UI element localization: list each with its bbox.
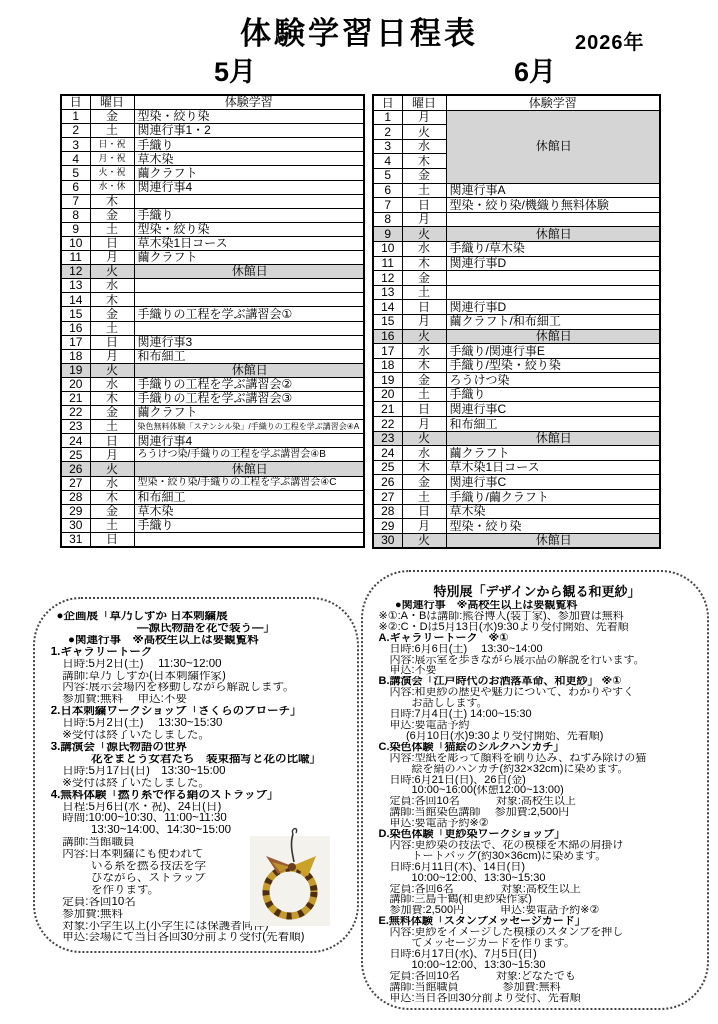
activity-cell: 関連行事D [446, 256, 660, 271]
weekday-cell: 木 [90, 293, 134, 307]
calendar-row: 11木関連行事D [373, 256, 660, 271]
calendar-row: 30火休館日 [373, 533, 660, 548]
panel-heading-line: 特別展「デザインから観る和更紗」 [373, 584, 701, 600]
panel-text-line: 講師:当館染色講師 参加費:2,500円 [373, 807, 701, 818]
calendar-row: 10水手織り/草木染 [373, 241, 660, 256]
day-cell: 27 [373, 490, 402, 505]
day-cell: 8 [61, 208, 90, 222]
calendar-row: 26火休館日 [61, 462, 364, 476]
activity-cell [134, 194, 364, 208]
activity-cell: 関連行事4 [134, 434, 364, 448]
activity-cell: 和布細工 [134, 349, 364, 363]
activity-cell: 手織り/型染・絞り染 [446, 358, 660, 373]
column-header: 体験学習 [446, 95, 660, 110]
calendar-row: 18月和布細工 [61, 349, 364, 363]
weekday-cell: 木 [402, 358, 446, 373]
calendar-may: 日曜日体験学習1金型染・絞り染2土関連行事1・23日・祝手織り4月・祝草木染5火… [60, 94, 365, 548]
activity-cell: ろうけつ染/手織りの工程を学ぶ講習会④B [134, 448, 364, 462]
activity-cell: 草木染1日コース [446, 460, 660, 475]
day-cell: 25 [61, 448, 90, 462]
activity-cell: 繭クラフト [134, 406, 364, 420]
weekday-cell: 金 [90, 110, 134, 124]
panel-text-line: 申込:不要 [373, 665, 701, 676]
panel-text-line: ※②:C・Dは5月13日(水)9:30より受付開始、先着順 [373, 622, 701, 633]
panel-heading-line: ●関連行事 ※高校生以上は要観覧料 [373, 600, 701, 611]
day-cell: 30 [61, 518, 90, 532]
activity-cell: 手織りの工程を学ぶ講習会② [134, 377, 364, 391]
calendar-row: 12火休館日 [61, 265, 364, 279]
day-cell: 11 [373, 256, 402, 271]
panel-special-exhibition-june: 特別展「デザインから観る和更紗」●関連行事 ※高校生以上は要観覧料※①:A・Bは… [361, 570, 709, 1010]
day-cell: 28 [61, 490, 90, 504]
day-cell: 16 [373, 329, 402, 344]
panel-text-line: 10:00~16:00(休憩12:00~13:00) [373, 785, 701, 796]
day-cell: 8 [373, 212, 402, 227]
activity-cell: 繭クラフト [134, 166, 364, 180]
calendar-row: 10日草木染1日コース [61, 236, 364, 250]
calendar-row: 27水型染・絞り染/手織りの工程を学ぶ講習会④C [61, 476, 364, 490]
activity-cell: 型染・絞り染 [134, 222, 364, 236]
weekday-cell: 金 [90, 406, 134, 420]
calendar-row: 8金手織り [61, 208, 364, 222]
day-cell: 21 [373, 402, 402, 417]
day-cell: 3 [61, 138, 90, 152]
weekday-cell: 土 [90, 321, 134, 335]
panel-text-line: 講師:草乃 しずか(日本刺繍作家) [45, 671, 351, 683]
calendar-row: 3日・祝手織り [61, 138, 364, 152]
weekday-cell: 水 [402, 241, 446, 256]
weekday-cell: 木 [402, 256, 446, 271]
weekday-cell: 火・祝 [90, 166, 134, 180]
activity-cell: 繭クラフト [134, 251, 364, 265]
weekday-cell: 水 [402, 446, 446, 461]
calendar-row: 21日関連行事C [373, 402, 660, 417]
weekday-cell: 火 [402, 533, 446, 548]
activity-cell [134, 279, 364, 293]
calendar-row: 13土 [373, 285, 660, 300]
day-cell: 4 [61, 152, 90, 166]
day-cell: 6 [61, 180, 90, 194]
weekday-cell: 水 [90, 377, 134, 391]
day-cell: 14 [373, 300, 402, 315]
calendar-row: 9土型染・絞り染 [61, 222, 364, 236]
weekday-cell: 土 [402, 183, 446, 198]
weekday-cell: 月・祝 [90, 152, 134, 166]
day-cell: 12 [373, 271, 402, 286]
activity-cell: 草木染1日コース [134, 236, 364, 250]
panel-text-line: 日程:5月6日(水・祝)、24日(日) [45, 802, 351, 814]
weekday-cell: 月 [402, 212, 446, 227]
day-cell: 18 [61, 349, 90, 363]
calendar-row: 23火休館日 [373, 431, 660, 446]
panel-text-line: 内容:型紙を彫って顔料を刷り込み、ねずみ除けの猫 [373, 753, 701, 764]
panel-text-line: 10:00~12:00、13:30~15:30 [373, 960, 701, 971]
day-cell: 22 [61, 406, 90, 420]
day-cell: 25 [373, 460, 402, 475]
calendar-row: 26金関連行事C [373, 475, 660, 490]
activity-cell: 草木染 [134, 152, 364, 166]
calendar-row: 21木手織りの工程を学ぶ講習会③ [61, 391, 364, 405]
activity-cell: 繭クラフト [446, 446, 660, 461]
activity-cell: 手織り [134, 208, 364, 222]
day-cell: 19 [61, 363, 90, 377]
panel-text-line: 定員:各回6名 対象:高校生以上 [373, 884, 701, 895]
weekday-cell: 水 [90, 476, 134, 490]
panel-heading-line: A.ギャラリートーク ※① [373, 633, 701, 644]
activity-cell: 関連行事C [446, 475, 660, 490]
calendar-row: 6土関連行事A [373, 183, 660, 198]
day-cell: 2 [373, 125, 402, 140]
panel-text-line: ※受付は終了いたしました。 [45, 778, 351, 790]
weekday-cell: 金 [402, 271, 446, 286]
day-cell: 1 [61, 110, 90, 124]
day-cell: 18 [373, 358, 402, 373]
calendar-row: 9火休館日 [373, 227, 660, 242]
calendar-row: 7木 [61, 194, 364, 208]
panel-text-line: 日時:6月6日(土) 13:30~14:00 [373, 644, 701, 655]
activity-cell: 関連行事A [446, 183, 660, 198]
panel-heading-line: 花をまとう女君たち 装束描写と花の比喩」 [45, 754, 351, 766]
activity-cell [446, 271, 660, 286]
weekday-cell: 月 [90, 349, 134, 363]
activity-cell: 手織りの工程を学ぶ講習会① [134, 307, 364, 321]
calendar-row: 20水手織りの工程を学ぶ講習会② [61, 377, 364, 391]
column-header: 体験学習 [134, 95, 364, 110]
day-cell: 28 [373, 504, 402, 519]
activity-cell: 手織りの工程を学ぶ講習会③ [134, 391, 364, 405]
activity-cell: 和布細工 [446, 417, 660, 432]
activity-cell: 手織り [134, 138, 364, 152]
weekday-cell: 木 [90, 194, 134, 208]
panel-text-line: お話しします。 [373, 698, 701, 709]
weekday-cell: 日 [402, 198, 446, 213]
calendar-row: 2土関連行事1・2 [61, 124, 364, 138]
weekday-cell: 水・休 [90, 180, 134, 194]
activity-cell: 休館日 [446, 110, 660, 183]
panel-heading-line: B.講演会「江戸時代のお洒落革命、和更紗」 ※① [373, 676, 701, 687]
calendar-table-june: 日曜日体験学習1月休館日2火3水4木5金6土関連行事A7日型染・絞り染/機織り無… [372, 94, 661, 549]
panel-text-line: 日時:6月11日(木)、14日(日) [373, 862, 701, 873]
weekday-cell: 日 [402, 300, 446, 315]
calendar-row: 11月繭クラフト [61, 251, 364, 265]
activity-cell: 手織り [446, 387, 660, 402]
weekday-cell: 日・祝 [90, 138, 134, 152]
activity-cell: 型染・絞り染/手織りの工程を学ぶ講習会④C [134, 476, 364, 490]
activity-cell: 手織り [134, 518, 364, 532]
column-header: 日 [61, 95, 90, 110]
calendar-row: 27土手織り/繭クラフト [373, 490, 660, 505]
weekday-cell: 日 [402, 504, 446, 519]
calendar-row: 23土染色無料体験「ステンシル染」/手織りの工程を学ぶ講習会④A [61, 420, 364, 434]
calendar-row: 29金草木染 [61, 504, 364, 518]
weekday-cell: 金 [402, 373, 446, 388]
calendar-row: 14木 [61, 293, 364, 307]
panel-text-line: 日時:6月17日(水)、7月5日(日) [373, 949, 701, 960]
column-header: 日 [373, 95, 402, 110]
calendar-row: 7日型染・絞り染/機織り無料体験 [373, 198, 660, 213]
calendar-row: 22月和布細工 [373, 417, 660, 432]
weekday-cell: 日 [402, 402, 446, 417]
weekday-cell: 火 [90, 462, 134, 476]
calendar-row: 24日関連行事4 [61, 434, 364, 448]
weekday-cell: 金 [90, 208, 134, 222]
activity-cell [446, 212, 660, 227]
panel-heading-line: 2.日本刺繍ワークショップ「さくらのブローチ」 [45, 706, 351, 718]
weekday-cell: 土 [90, 420, 134, 434]
header-row: 日曜日体験学習 [373, 95, 660, 110]
panel-text-line: 講師:三島千鶴(和更紗染作家) [373, 894, 701, 905]
weekday-cell: 月 [402, 314, 446, 329]
weekday-cell: 木 [90, 490, 134, 504]
day-cell: 24 [373, 446, 402, 461]
month-label-may: 5月 [140, 50, 330, 89]
calendar-row: 13水 [61, 279, 364, 293]
day-cell: 20 [373, 387, 402, 402]
calendar-row: 16火休館日 [373, 329, 660, 344]
header-row: 日曜日体験学習 [61, 95, 364, 110]
weekday-cell: 金 [402, 475, 446, 490]
activity-cell: 手織り/繭クラフト [446, 490, 660, 505]
calendar-row: 20土手織り [373, 387, 660, 402]
column-header: 曜日 [90, 95, 134, 110]
weekday-cell: 火 [402, 329, 446, 344]
calendar-row: 25月ろうけつ染/手織りの工程を学ぶ講習会④B [61, 448, 364, 462]
activity-cell: 休館日 [134, 265, 364, 279]
day-cell: 17 [61, 335, 90, 349]
calendar-row: 4月・祝草木染 [61, 152, 364, 166]
day-cell: 12 [61, 265, 90, 279]
weekday-cell: 日 [90, 236, 134, 250]
weekday-cell: 土 [402, 490, 446, 505]
panel-text-line: 日時:5月2日(土) 13:30~15:30 [45, 718, 351, 730]
day-cell: 13 [61, 279, 90, 293]
panel-text-line: ※受付は終了いたしました。 [45, 730, 351, 742]
weekday-cell: 金 [402, 168, 446, 183]
day-cell: 19 [373, 373, 402, 388]
day-cell: 5 [373, 168, 402, 183]
calendar-row: 15月繭クラフト/和布細工 [373, 314, 660, 329]
weekday-cell: 木 [402, 460, 446, 475]
activity-cell: 関連行事D [446, 300, 660, 315]
calendar-row: 24水繭クラフト [373, 446, 660, 461]
panel-text-line: 日時:5月2日(土) 11:30~12:00 [45, 659, 351, 671]
activity-cell: 休館日 [134, 363, 364, 377]
day-cell: 9 [61, 222, 90, 236]
calendar-row: 30土手織り [61, 518, 364, 532]
panel-text-line: 内容:展示室を歩きながら展示品の解説を行います。 [373, 655, 701, 666]
day-cell: 13 [373, 285, 402, 300]
panel-text-line: 日時:7月4日(土) 14:00~15:30 [373, 709, 701, 720]
activity-cell: 休館日 [446, 329, 660, 344]
calendar-row: 17水手織り/関連行事E [373, 344, 660, 359]
activity-cell: 草木染 [446, 504, 660, 519]
weekday-cell: 火 [90, 363, 134, 377]
calendar-row: 28木和布細工 [61, 490, 364, 504]
calendar-table-may: 日曜日体験学習1金型染・絞り染2土関連行事1・23日・祝手織り4月・祝草木染5火… [60, 94, 365, 548]
day-cell: 26 [61, 462, 90, 476]
day-cell: 10 [373, 241, 402, 256]
calendar-row: 22金繭クラフト [61, 406, 364, 420]
day-cell: 15 [373, 314, 402, 329]
column-header: 曜日 [402, 95, 446, 110]
activity-cell: 手織り/草木染 [446, 241, 660, 256]
panel-text-line: 定員:各回10名 対象:高校生以上 [373, 796, 701, 807]
weekday-cell: 火 [90, 265, 134, 279]
panel-text-line: 申込:要電話予約※② [373, 818, 701, 829]
panel-heading-line: 4.無料体験「撚り糸で作る絹のストラップ」 [45, 790, 351, 802]
panel-heading-line: 3.講演会「源氏物語の世界 [45, 742, 351, 754]
weekday-cell: 土 [90, 222, 134, 236]
day-cell: 16 [61, 321, 90, 335]
activity-cell: 関連行事4 [134, 180, 364, 194]
schedule-page: { "page": {"title": "体験学習日程表", "year": "… [0, 0, 718, 1024]
panel-text-line: 絵を絹のハンカチ(約32×32cm)に染めます。 [373, 764, 701, 775]
weekday-cell: 日 [90, 335, 134, 349]
day-cell: 21 [61, 391, 90, 405]
activity-cell: ろうけつ染 [446, 373, 660, 388]
weekday-cell: 金 [90, 504, 134, 518]
panel-text-line: 定員:各回10名 対象:どなたでも [373, 971, 701, 982]
panel-text-line: 内容:展示会場内を移動しながら解説します。 [45, 682, 351, 694]
weekday-cell: 木 [90, 391, 134, 405]
panel-text-line: 参加費:無料 申込:不要 [45, 694, 351, 706]
day-cell: 5 [61, 166, 90, 180]
panel-heading-line: ●企画展「草乃しずか 日本刺繍展 [45, 611, 351, 623]
calendar-june: 日曜日体験学習1月休館日2火3水4木5金6土関連行事A7日型染・絞り染/機織り無… [372, 94, 661, 549]
calendar-row: 17日関連行事3 [61, 335, 364, 349]
day-cell: 24 [61, 434, 90, 448]
panel-text-line: 講師:当館職員 参加費:無料 [373, 982, 701, 993]
calendar-row: 31日 [61, 532, 364, 547]
day-cell: 2 [61, 124, 90, 138]
panel-text-line: 内容:更紗をイメージした模様のスタンプを押し [373, 927, 701, 938]
calendar-row: 16土 [61, 321, 364, 335]
day-cell: 17 [373, 344, 402, 359]
day-cell: 23 [61, 420, 90, 434]
calendar-row: 25木草木染1日コース [373, 460, 660, 475]
activity-cell: 関連行事1・2 [134, 124, 364, 138]
calendar-row: 14日関連行事D [373, 300, 660, 315]
day-cell: 26 [373, 475, 402, 490]
panel-heading-line: 1.ギャラリートーク [45, 647, 351, 659]
day-cell: 9 [373, 227, 402, 242]
activity-cell: 染色無料体験「ステンシル染」/手織りの工程を学ぶ講習会④A [134, 420, 364, 434]
weekday-cell: 土 [90, 518, 134, 532]
panel-text-line: 申込:会場にて当日各回30分前より受付(先着順) [45, 932, 351, 944]
activity-cell: 型染・絞り染 [134, 110, 364, 124]
activity-cell: 和布細工 [134, 490, 364, 504]
weekday-cell: 月 [90, 251, 134, 265]
activity-cell: 手織り/関連行事E [446, 344, 660, 359]
activity-cell: 休館日 [446, 227, 660, 242]
activity-cell: 繭クラフト/和布細工 [446, 314, 660, 329]
panel-text-line: 日時:6月21日(日)、26日(金) [373, 775, 701, 786]
panel-text-line: 10:00~12:00、13:30~15:30 [373, 873, 701, 884]
activity-cell [446, 285, 660, 300]
calendar-row: 5火・祝繭クラフト [61, 166, 364, 180]
calendar-row: 18木手織り/型染・絞り染 [373, 358, 660, 373]
day-cell: 11 [61, 251, 90, 265]
panel-text-line: トートバッグ(約30×36cm)に染めます。 [373, 851, 701, 862]
panel-heading-line: ―源氏物語を花で装う―」 [45, 623, 351, 635]
panel-text-line: 日時:5月17日(日) 13:30~15:00 [45, 766, 351, 778]
activity-cell: 休館日 [134, 462, 364, 476]
day-cell: 1 [373, 110, 402, 125]
weekday-cell: 月 [402, 519, 446, 534]
calendar-row: 1金型染・絞り染 [61, 110, 364, 124]
day-cell: 31 [61, 532, 90, 547]
day-cell: 7 [373, 198, 402, 213]
day-cell: 4 [373, 154, 402, 169]
day-cell: 27 [61, 476, 90, 490]
panel-text-line: 内容:更紗染の技法で、花の模様を木綿の肩掛け [373, 840, 701, 851]
activity-cell [134, 532, 364, 547]
weekday-cell: 木 [402, 154, 446, 169]
activity-cell [134, 293, 364, 307]
panel-text-line: (6月10日(水)9:30より受付開始、先着順) [373, 731, 701, 742]
panel-text-line: 申込:当日各回30分前より受付、先着順 [373, 993, 701, 1004]
day-cell: 29 [61, 504, 90, 518]
day-cell: 29 [373, 519, 402, 534]
activity-cell: 関連行事C [446, 402, 660, 417]
day-cell: 3 [373, 139, 402, 154]
day-cell: 20 [61, 377, 90, 391]
day-cell: 10 [61, 236, 90, 250]
day-cell: 15 [61, 307, 90, 321]
panel-heading-line: E.無料体験「スタンプメッセージカード」 [373, 916, 701, 927]
day-cell: 7 [61, 194, 90, 208]
day-cell: 30 [373, 533, 402, 548]
panel-text-line: 参加費:2,500円 申込:要電話予約※② [373, 905, 701, 916]
activity-cell: 型染・絞り染 [446, 519, 660, 534]
activity-cell: 関連行事3 [134, 335, 364, 349]
weekday-cell: 土 [402, 285, 446, 300]
calendar-row: 19金ろうけつ染 [373, 373, 660, 388]
calendar-row: 6水・休関連行事4 [61, 180, 364, 194]
panel-heading-line: D.染色体験「更紗染ワークショップ」 [373, 829, 701, 840]
weekday-cell: 水 [402, 344, 446, 359]
panel-text-line: てメッセージカードを作ります。 [373, 938, 701, 949]
month-label-june: 6月 [440, 50, 630, 89]
weekday-cell: 土 [402, 387, 446, 402]
calendar-row: 28日草木染 [373, 504, 660, 519]
weekday-cell: 月 [90, 448, 134, 462]
weekday-cell: 火 [402, 125, 446, 140]
weekday-cell: 火 [402, 431, 446, 446]
calendar-row: 8月 [373, 212, 660, 227]
day-cell: 14 [61, 293, 90, 307]
calendar-row: 19火休館日 [61, 363, 364, 377]
weekday-cell: 土 [90, 124, 134, 138]
weekday-cell: 日 [90, 434, 134, 448]
activity-cell: 型染・絞り染/機織り無料体験 [446, 198, 660, 213]
weekday-cell: 月 [402, 110, 446, 125]
weekday-cell: 日 [90, 532, 134, 547]
activity-cell: 休館日 [446, 533, 660, 548]
calendar-row: 29月型染・絞り染 [373, 519, 660, 534]
activity-cell: 休館日 [446, 431, 660, 446]
panel-text-line: 申込:要電話予約 [373, 720, 701, 731]
weekday-cell: 火 [402, 227, 446, 242]
calendar-row: 15金手織りの工程を学ぶ講習会① [61, 307, 364, 321]
weekday-cell: 月 [402, 417, 446, 432]
day-cell: 6 [373, 183, 402, 198]
silk-strap-photo [250, 822, 332, 928]
calendar-row: 1月休館日 [373, 110, 660, 125]
panel-text-line: ※①:A・Bは講師:熊谷博人(装丁家)、参加費は無料 [373, 611, 701, 622]
activity-cell: 草木染 [134, 504, 364, 518]
activity-cell [134, 321, 364, 335]
